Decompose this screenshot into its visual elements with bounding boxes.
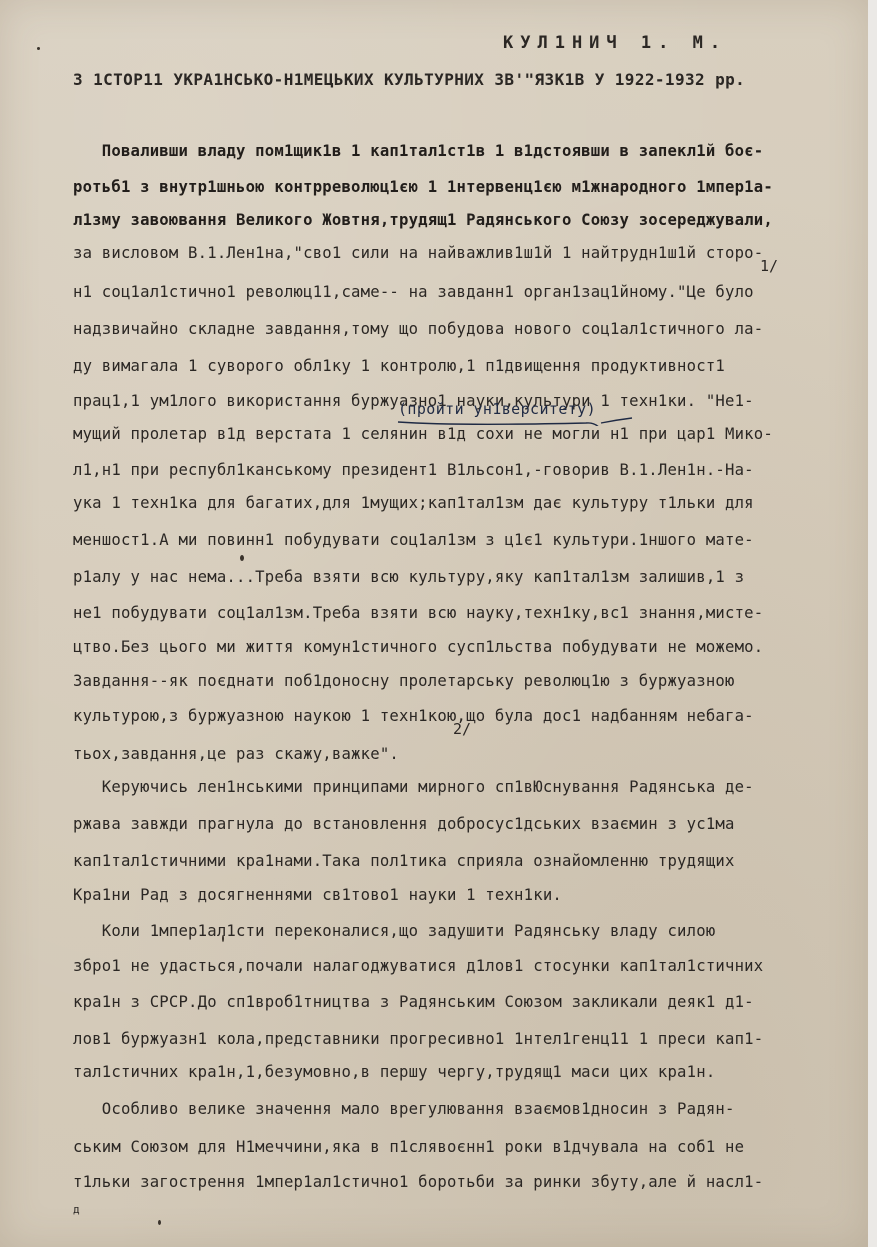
paper-speck <box>158 1220 161 1225</box>
paper-speck <box>37 47 40 50</box>
footnote-mark-2: 2/ <box>453 720 471 738</box>
text-line: Коли 1мпер1ал1сти переконалися,що задуши… <box>73 922 715 940</box>
paper-speck <box>222 935 224 942</box>
footnote-mark-1: 1/ <box>760 257 778 275</box>
text-line: культурою,з буржуазною наукою 1 техн1кою… <box>73 707 754 725</box>
text-line: надзвичайно складне завдання,тому що поб… <box>73 320 763 338</box>
text-line: н1 соц1ал1стично1 революц11,саме-- на за… <box>73 283 754 301</box>
text-line: Особливо велике значення мало врегулюван… <box>73 1100 735 1118</box>
text-line: за висловом В.1.Лен1на,"сво1 сили на най… <box>73 244 763 262</box>
text-line: тал1стичних кра1н,1,безумовно,в першу че… <box>73 1063 715 1081</box>
text-line: Кра1ни Рад з досягненнями св1тово1 науки… <box>73 886 562 904</box>
text-line: ржава завжди прагнула до встановлення до… <box>73 815 735 833</box>
text-line: Керуючись лен1нськими принципами мирного… <box>73 778 754 796</box>
text-line: мущий пролетар в1д верстата 1 селянин в1… <box>73 425 773 443</box>
text-line: меншост1.А ми повинн1 побудувати соц1ал1… <box>73 531 754 549</box>
handwritten-insertion: (пройти ун1верситету) <box>398 400 596 418</box>
document-page: КУЛ1НИЧ 1. М. З 1СТОР11 УКРА1НСЬКО-Н1МЕЦ… <box>0 0 868 1247</box>
text-line: не1 побудувати соц1ал1зм.Треба взяти всю… <box>73 604 763 622</box>
text-line: л1зму завоювання Великого Жовтня,трудящ1… <box>73 211 773 229</box>
text-line: Завдання--як поєднати поб1доносну пролет… <box>73 672 735 690</box>
page-edge <box>868 0 877 1247</box>
document-author: КУЛ1НИЧ 1. М. <box>503 33 727 53</box>
text-line: тьох,завдання,це раз скажу,важке". <box>73 745 399 763</box>
text-line: кра1н з СРСР.До сп1вроб1тництва з Радянс… <box>73 993 754 1011</box>
text-line: кап1тал1стичними кра1нами.Така пол1тика … <box>73 852 735 870</box>
text-line: л1,н1 при республ1канському президент1 В… <box>73 461 754 479</box>
text-line: збро1 не удасться,почали налагоджуватися… <box>73 957 763 975</box>
document-title: З 1СТОР11 УКРА1НСЬКО-Н1МЕЦЬКИХ КУЛЬТУРНИ… <box>73 70 745 89</box>
text-line: цтво.Без цього ми життя комун1стичного с… <box>73 638 763 656</box>
text-line: д <box>73 1203 80 1216</box>
paper-speck <box>240 555 244 561</box>
text-line: р1алу у нас нема...Треба взяти всю культ… <box>73 568 744 586</box>
text-line: ротьб1 з внутр1шньою контрреволюц1єю 1 1… <box>73 178 773 196</box>
text-line: Поваливши владу пом1щик1в 1 кап1тал1ст1в… <box>73 142 763 160</box>
text-line: лов1 буржуазн1 кола,представники прогрес… <box>73 1030 763 1048</box>
text-line: т1льки загострення 1мпер1ал1стично1 боро… <box>73 1173 763 1191</box>
text-line: ука 1 техн1ка для багатих,для 1мущих;кап… <box>73 494 754 512</box>
text-line: ду вимагала 1 суворого обл1ку 1 контролю… <box>73 357 725 375</box>
text-line: ським Союзом для Н1меччини,яка в п1сляво… <box>73 1138 744 1156</box>
